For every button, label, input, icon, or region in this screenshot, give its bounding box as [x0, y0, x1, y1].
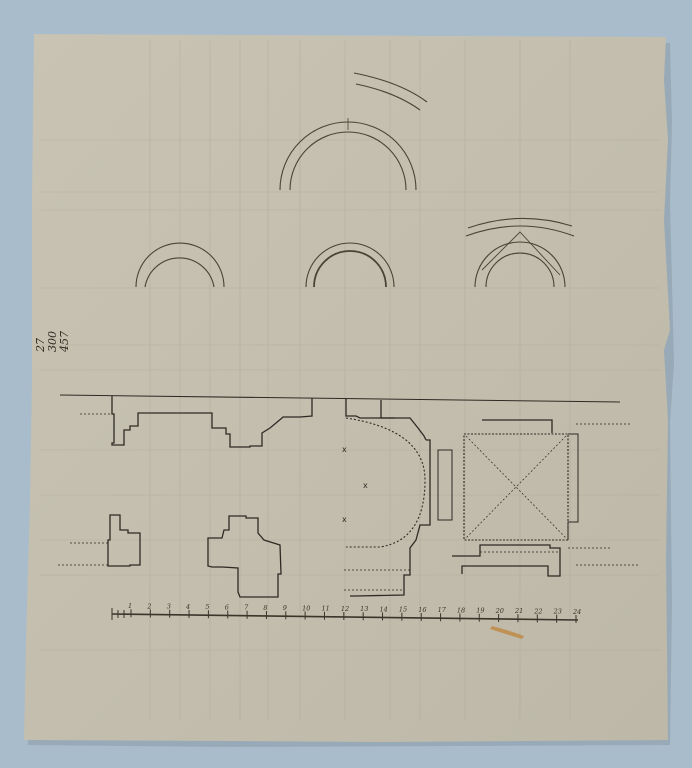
svg-text:457: 457	[58, 331, 71, 353]
scale-tick-label: 19	[476, 607, 484, 615]
scale-tick-label: 2	[146, 602, 151, 610]
scale-tick-label: 15	[399, 606, 407, 614]
scale-tick-label: 16	[418, 606, 426, 614]
scale-tick-label: 8	[263, 604, 267, 612]
architectural-drawing: 27 300 457	[0, 0, 692, 768]
scale-tick-label: 4	[185, 603, 190, 611]
scale-tick-label: 10	[302, 604, 310, 612]
scale-tick-label: 23	[553, 608, 562, 616]
svg-text:x: x	[342, 515, 347, 524]
scale-tick-label: 3	[167, 603, 171, 611]
scale-tick-label: 14	[380, 605, 388, 613]
scale-tick-label: 6	[225, 603, 229, 611]
scale-tick-label: 24	[572, 608, 581, 616]
svg-text:x: x	[342, 445, 347, 454]
scale-tick-label: 1	[128, 602, 132, 610]
scale-tick-label: 9	[283, 604, 287, 612]
scale-tick-label: 11	[321, 605, 329, 613]
scale-tick-label: 20	[495, 607, 504, 615]
scale-tick-label: 21	[514, 607, 523, 615]
scale-tick-label: 17	[438, 606, 447, 614]
scale-tick-label: 5	[205, 603, 209, 611]
scale-tick-label: 18	[457, 606, 465, 614]
scale-tick-label: 12	[341, 605, 349, 613]
svg-text:x: x	[363, 481, 368, 490]
scale-tick-label: 22	[533, 607, 542, 615]
scale-tick-label: 13	[360, 605, 368, 613]
